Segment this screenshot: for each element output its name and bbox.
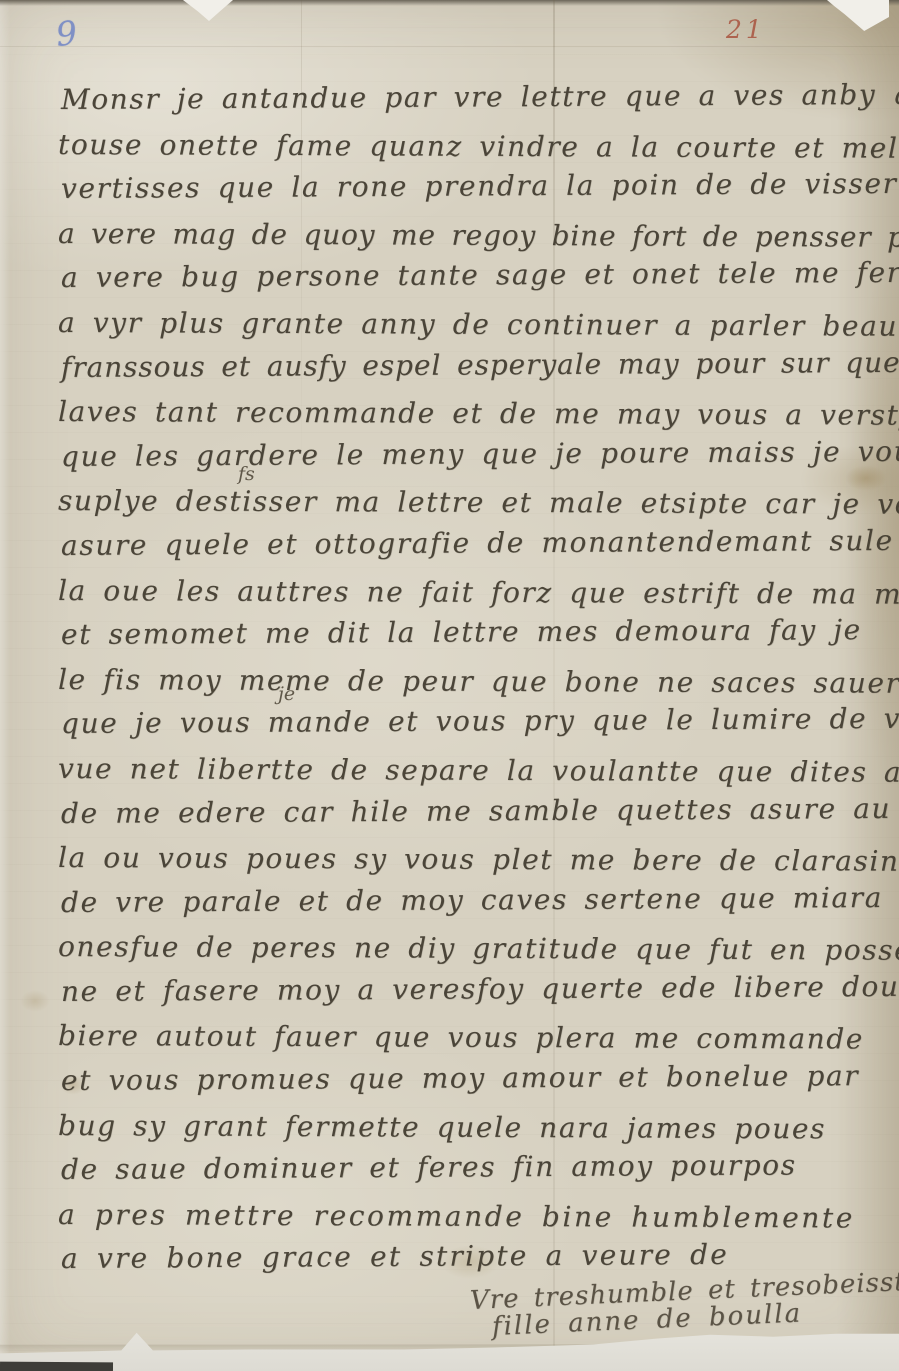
paper-top-edge [0,0,899,6]
paper-stain [20,990,50,1012]
manuscript-line: et vous promues que moy amour et bonelue… [61,1054,894,1104]
manuscript-line: que je vous mande et vous pry que le lum… [61,697,894,747]
manuscript-line: vertisses que la rone prendra la poin de… [61,162,894,212]
torn-notch-top-left [183,0,233,21]
horizontal-fold-crease [0,46,899,47]
letter-body: Monsr je antandue par vre lettre que a v… [58,78,894,1282]
manuscript-line: a vere bug persone tante sage et onet te… [61,251,894,301]
manuscript-line: que les gardere le meny que je poure mai… [61,430,894,480]
folio-number-blue: 9 [54,13,79,54]
manuscript-line: de vre parale et de moy caves sertene qu… [61,876,894,926]
manuscript-line: de me edere car hile me samble quettes a… [61,786,894,836]
interlinear-insertion: fs [238,463,255,485]
torn-notch-top-right [827,0,889,31]
manuscript-line: et semomet me dit la lettre mes demoura … [61,608,894,658]
manuscript-line: de saue dominuer et feres fin amoy pourp… [61,1143,894,1193]
manuscript-line: asure quele et ottografie de monantendem… [61,519,894,569]
interlinear-insertion: je [278,683,295,705]
manuscript-line: ne et fasere moy a veresfoy querte ede l… [61,965,894,1015]
manuscript-page: 9 21 Monsr je antandue par vre lettre qu… [0,0,899,1371]
manuscript-line: Monsr je antandue par vre lettre que a v… [61,73,894,123]
folio-number-red: 21 [726,15,766,44]
bottom-dark-strip [0,1362,113,1371]
manuscript-line: franssous et ausfy espel esperyale may p… [61,340,894,390]
